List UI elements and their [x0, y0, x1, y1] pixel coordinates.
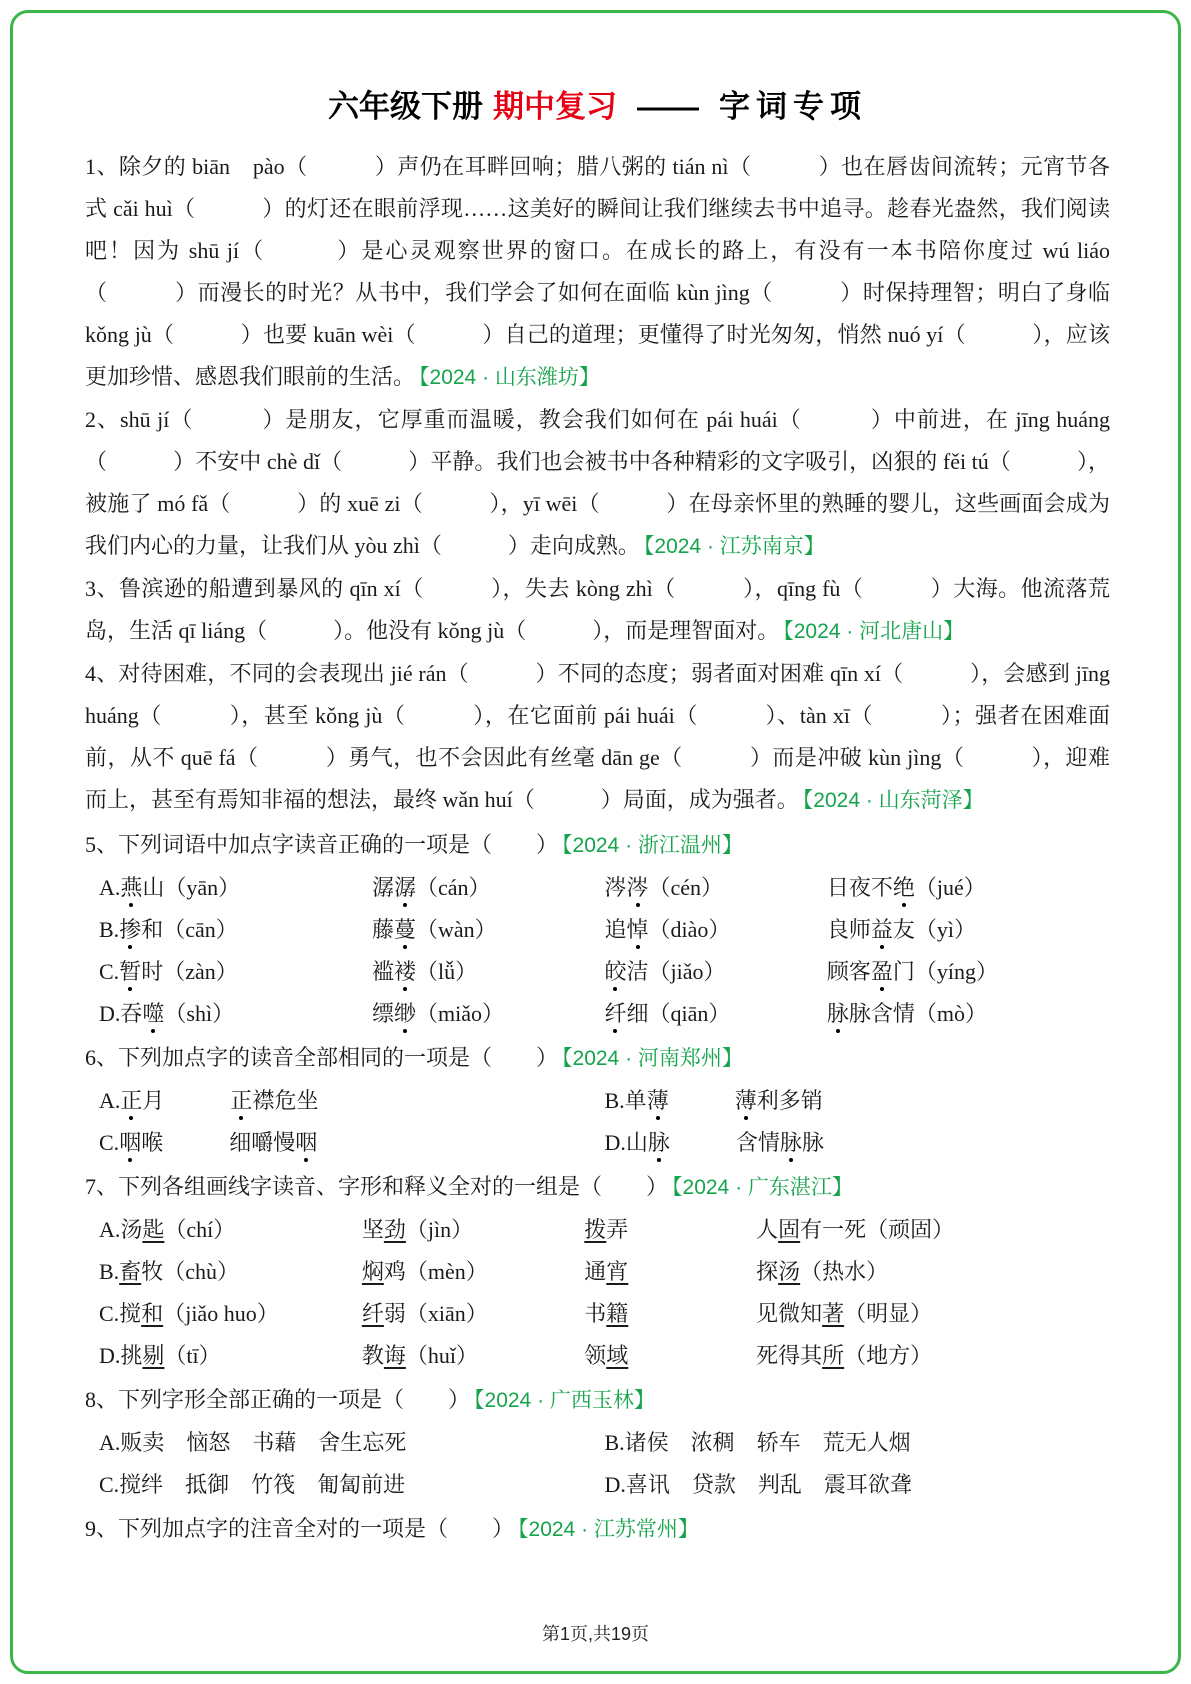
question-2-source-tag: 【2024 · 江苏南京】: [640, 535, 825, 558]
option-cell: 死得其所（地方）: [756, 1335, 1110, 1377]
option-row-a: A.汤匙（chí） 坚劲（jìn） 拨弄 人固有一死（顽固）: [99, 1209, 1110, 1251]
option-cell: A.汤匙（chí）: [99, 1209, 362, 1251]
question-8-options: A.贩卖 恼怒 书藉 舍生忘死 B.诸侯 浓稠 轿车 荒无人烟 C.搅绊 抵御 …: [85, 1422, 1110, 1506]
question-9-text: 9、下列加点字的注音全对的一项是（ ）: [85, 1516, 514, 1541]
question-6-source-tag: 【2024 · 河南郑州】: [558, 1047, 743, 1070]
option-cell: 追悼（diào）: [604, 909, 826, 951]
question-3-source-tag: 【2024 · 河北唐山】: [779, 620, 964, 643]
option-row-c: C.暂时（zàn） 褴褛（lǚ） 皎洁（jiǎo） 顾客盈门（yíng）: [99, 951, 1110, 993]
question-7-text: 7、下列各组画线字读音、字形和释义全对的一组是（ ）: [85, 1174, 668, 1199]
option-cell: B.掺和（cān）: [99, 909, 372, 951]
option-cell: D.挑剔（tī）: [99, 1335, 362, 1377]
option-cell: A.燕山（yān）: [99, 867, 372, 909]
option-cell: D.吞噬（shì）: [99, 993, 372, 1035]
question-8-source-tag: 【2024 · 广西玉林】: [470, 1389, 655, 1412]
page-content: 六年级下册期中复习——字词专项 1、除夕的 biān pào（ ）声仍在耳畔回响…: [85, 0, 1110, 1551]
option-row-b: B.掺和（cān） 藤蔓（wàn） 追悼（diào） 良师益友（yì）: [99, 909, 1110, 951]
question-4: 4、对待困难，不同的会表现出 jié rán（ ）不同的态度；弱者面对困难 qī…: [85, 653, 1110, 822]
option-cell: 人固有一死（顽固）: [756, 1209, 1110, 1251]
option-cell: 见微知著（明显）: [756, 1293, 1110, 1335]
option-cell: 良师益友（yì）: [827, 909, 1110, 951]
option-row-b: B.畜牧（chù） 焖鸡（mèn） 通宵 探汤（热水）: [99, 1251, 1110, 1293]
option-row-ab: A.正月 正襟危坐 B.单薄 薄利多销: [99, 1080, 1110, 1122]
question-5-options: A.燕山（yān） 潺潺（cán） 涔涔（cén） 日夜不绝（jué） B.掺和…: [85, 867, 1110, 1035]
question-1: 1、除夕的 biān pào（ ）声仍在耳畔回响；腊八粥的 tián nì（ ）…: [85, 146, 1110, 399]
option-row-cd: C.搅绊 抵御 竹筏 匍匐前进 D.喜讯 贷款 判乱 震耳欲聋: [99, 1464, 1110, 1506]
option-cell: 坚劲（jìn）: [362, 1209, 584, 1251]
option-row-c: C.搅和（jiǎo huo） 纤弱（xiān） 书籍 见微知著（明显）: [99, 1293, 1110, 1335]
option-cell: 潺潺（cán）: [372, 867, 605, 909]
option-cell: 涔涔（cén）: [604, 867, 826, 909]
title-grade: 六年级下册: [328, 89, 483, 124]
question-6-text: 6、下列加点字的读音全部相同的一项是（ ）: [85, 1045, 558, 1070]
question-6-options: A.正月 正襟危坐 B.单薄 薄利多销 C.咽喉 细嚼慢咽 D.山脉 含情脉脉: [85, 1080, 1110, 1164]
question-4-source-tag: 【2024 · 山东菏泽】: [799, 789, 984, 812]
option-cell: 皎洁（jiǎo）: [604, 951, 826, 993]
question-2-text: 2、shū jí（ ）是朋友，它厚重而温暖，教会我们如何在 pái huái（ …: [85, 407, 1110, 558]
question-1-text: 1、除夕的 biān pào（ ）声仍在耳畔回响；腊八粥的 tián nì（ ）…: [85, 154, 1110, 389]
option-cell: 纤细（qiān）: [604, 993, 826, 1035]
question-9-source-tag: 【2024 · 江苏常州】: [514, 1518, 699, 1541]
question-2: 2、shū jí（ ）是朋友，它厚重而温暖，教会我们如何在 pái huái（ …: [85, 399, 1110, 568]
question-1-source-tag: 【2024 · 山东潍坊】: [415, 366, 600, 389]
question-7-options: A.汤匙（chí） 坚劲（jìn） 拨弄 人固有一死（顽固） B.畜牧（chù）…: [85, 1209, 1110, 1377]
option-cell: 拨弄: [584, 1209, 756, 1251]
option-cell: B.诸侯 浓稠 轿车 荒无人烟: [605, 1422, 1111, 1464]
option-cell: 脉脉含情（mò）: [827, 993, 1110, 1035]
page-title: 六年级下册期中复习——字词专项: [85, 86, 1110, 128]
question-5-stem: 5、下列词语中加点字读音正确的一项是（ ）【2024 · 浙江温州】: [85, 824, 1110, 867]
option-cell: 教诲（huǐ）: [362, 1335, 584, 1377]
option-row-d: D.吞噬（shì） 缥缈（miǎo） 纤细（qiān） 脉脉含情（mò）: [99, 993, 1110, 1035]
question-8-text: 8、下列字形全部正确的一项是（ ）: [85, 1387, 470, 1412]
question-5-text: 5、下列词语中加点字读音正确的一项是（ ）: [85, 832, 558, 857]
question-3: 3、鲁滨逊的船遭到暴风的 qīn xí（ ），失去 kòng zhì（ ），qī…: [85, 568, 1110, 653]
option-cell: 探汤（热水）: [756, 1251, 1110, 1293]
option-cell: C.暂时（zàn）: [99, 951, 372, 993]
option-cell: D.喜讯 贷款 判乱 震耳欲聋: [605, 1464, 1111, 1506]
question-8-stem: 8、下列字形全部正确的一项是（ ）【2024 · 广西玉林】: [85, 1379, 1110, 1422]
question-7-stem: 7、下列各组画线字读音、字形和释义全对的一组是（ ）【2024 · 广东湛江】: [85, 1166, 1110, 1209]
title-topic: 字词专项: [719, 89, 867, 124]
page-footer: 第1页,共19页: [0, 1620, 1191, 1646]
question-5-source-tag: 【2024 · 浙江温州】: [558, 834, 743, 857]
option-cell: 日夜不绝（jué）: [827, 867, 1110, 909]
option-cell: C.咽喉 细嚼慢咽: [99, 1122, 605, 1164]
title-exam-type: 期中复习: [493, 89, 617, 124]
option-cell: C.搅和（jiǎo huo）: [99, 1293, 362, 1335]
question-7-source-tag: 【2024 · 广东湛江】: [668, 1176, 853, 1199]
option-cell: 焖鸡（mèn）: [362, 1251, 584, 1293]
option-cell: 藤蔓（wàn）: [372, 909, 605, 951]
option-row-d: D.挑剔（tī） 教诲（huǐ） 领域 死得其所（地方）: [99, 1335, 1110, 1377]
option-cell: 顾客盈门（yíng）: [827, 951, 1110, 993]
option-cell: B.单薄 薄利多销: [605, 1080, 1111, 1122]
option-row-a: A.燕山（yān） 潺潺（cán） 涔涔（cén） 日夜不绝（jué）: [99, 867, 1110, 909]
option-cell: D.山脉 含情脉脉: [605, 1122, 1111, 1164]
option-cell: 缥缈（miǎo）: [372, 993, 605, 1035]
option-cell: B.畜牧（chù）: [99, 1251, 362, 1293]
option-cell: 书籍: [584, 1293, 756, 1335]
option-cell: A.贩卖 恼怒 书藉 舍生忘死: [99, 1422, 605, 1464]
option-row-cd: C.咽喉 细嚼慢咽 D.山脉 含情脉脉: [99, 1122, 1110, 1164]
title-dash: ——: [637, 89, 699, 124]
option-cell: 褴褛（lǚ）: [372, 951, 605, 993]
option-cell: 通宵: [584, 1251, 756, 1293]
question-9-stem: 9、下列加点字的注音全对的一项是（ ）【2024 · 江苏常州】: [85, 1508, 1110, 1551]
option-cell: C.搅绊 抵御 竹筏 匍匐前进: [99, 1464, 605, 1506]
option-cell: 纤弱（xiān）: [362, 1293, 584, 1335]
option-cell: 领域: [584, 1335, 756, 1377]
option-row-ab: A.贩卖 恼怒 书藉 舍生忘死 B.诸侯 浓稠 轿车 荒无人烟: [99, 1422, 1110, 1464]
option-cell: A.正月 正襟危坐: [99, 1080, 605, 1122]
question-6-stem: 6、下列加点字的读音全部相同的一项是（ ）【2024 · 河南郑州】: [85, 1037, 1110, 1080]
worksheet-page: 六年级下册期中复习——字词专项 1、除夕的 biān pào（ ）声仍在耳畔回响…: [0, 0, 1191, 1684]
